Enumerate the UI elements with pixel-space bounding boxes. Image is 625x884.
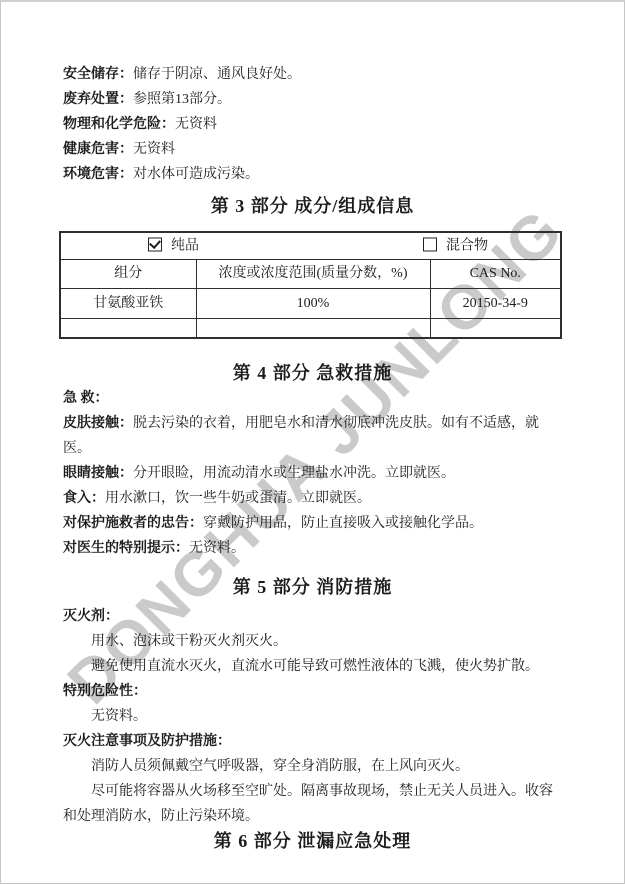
line-label: 环境危害： [63,167,133,182]
extinguishing-agent-heading: 灭火剂： [63,604,562,629]
health-hazard-line: 健康危害：无资料 [63,137,562,162]
container-removal-text: 尽可能将容器从火场移至空旷处。隔离事故现场，禁止无关人员进入。收容和处理消防水，… [63,779,562,829]
component-cell: 甘氨酸亚铁 [60,288,196,318]
storage-line: 安全储存：储存于阴凉、通风良好处。 [63,62,562,87]
doctor-note-line: 对医生的特别提示：无资料。 [63,536,562,561]
line-label: 对医生的特别提示： [63,541,189,556]
mixture-label: 混合物 [446,238,488,253]
line-label: 安全储存： [63,67,133,82]
extinguishing-agent-text: 用水、泡沫或干粉灭火剂灭火。 [63,629,562,654]
firefighter-equipment-text: 消防人员须佩戴空气呼吸器，穿全身消防服，在上风向灭火。 [63,754,562,779]
msds-document-page: DONGHUA JUNLONG 安全储存：储存于阴凉、通风良好处。 废弃处置：参… [0,0,625,884]
special-hazard-heading: 特别危险性： [63,679,562,704]
composition-table: 纯品 混合物 组分 浓度或浓度范围(质量分数，%) CAS No. 甘氨酸亚铁 … [59,231,562,339]
line-label: 皮肤接触： [63,416,133,431]
section5-title: 第 5 部分 消防措施 [63,575,562,600]
rescuer-advice-line: 对保护施救者的忠告：穿戴防护用品，防止直接吸入或接触化学品。 [63,511,562,536]
line-label: 健康危害： [63,142,133,157]
page-content: 安全储存：储存于阴凉、通风良好处。 废弃处置：参照第13部分。 物理和化学危险：… [1,2,624,854]
product-type-row: 纯品 混合物 [60,232,561,259]
section6-title: 第 6 部分 泄漏应急处理 [63,829,562,854]
disposal-line: 废弃处置：参照第13部分。 [63,87,562,112]
line-label: 食入： [63,491,105,506]
physchem-hazard-line: 物理和化学危险：无资料 [63,112,562,137]
line-text: 分开眼睑，用流动清水或生理盐水冲洗。立即就医。 [133,466,455,481]
concentration-cell [196,318,430,338]
straight-water-warning: 避免使用直流水灭火，直流水可能导致可燃性液体的飞溅，使火势扩散。 [63,654,562,679]
line-label: 眼睛接触： [63,466,133,481]
section3-title: 第 3 部分 成分/组成信息 [63,194,562,219]
line-text: 无资料 [175,117,217,132]
pure-label: 纯品 [171,238,199,253]
mixture-option: 混合物 [423,233,488,258]
ingestion-line: 食入：用水漱口，饮一些牛奶或蛋清。立即就医。 [63,486,562,511]
line-text: 脱去污染的衣着，用肥皂水和清水彻底冲洗皮肤。如有不适感，就医。 [63,416,539,456]
cas-cell: 20150-34-9 [430,288,561,318]
line-label: 废弃处置： [63,92,133,107]
pure-product-option: 纯品 [148,233,199,258]
section4-title: 第 4 部分 急救措施 [63,361,562,386]
env-hazard-line: 环境危害：对水体可造成污染。 [63,162,562,187]
line-label: 对保护施救者的忠告： [63,516,203,531]
pure-checkbox-icon [148,237,162,251]
col-header-concentration: 浓度或浓度范围(质量分数，%) [196,259,430,288]
line-text: 对水体可造成污染。 [133,167,259,182]
line-label: 急 救： [63,391,109,406]
line-text: 储存于阴凉、通风良好处。 [133,67,301,82]
first-aid-line: 急 救： [63,386,562,411]
col-header-cas: CAS No. [430,259,561,288]
eye-contact-line: 眼睛接触：分开眼睑，用流动清水或生理盐水冲洗。立即就医。 [63,461,562,486]
firefighting-precautions-heading: 灭火注意事项及防护措施： [63,729,562,754]
line-text: 无资料 [133,142,175,157]
line-text: 用水漱口，饮一些牛奶或蛋清。立即就医。 [105,491,371,506]
mixture-checkbox-icon [423,237,437,251]
col-header-component: 组分 [60,259,196,288]
special-hazard-text: 无资料。 [63,704,562,729]
concentration-cell: 100% [196,288,430,318]
line-text: 无资料。 [189,541,245,556]
skin-contact-line: 皮肤接触：脱去污染的衣着，用肥皂水和清水彻底冲洗皮肤。如有不适感，就医。 [63,411,562,461]
line-text: 穿戴防护用品，防止直接吸入或接触化学品。 [203,516,483,531]
table-row: 甘氨酸亚铁 100% 20150-34-9 [60,288,561,318]
line-label: 物理和化学危险： [63,117,175,132]
component-cell [60,318,196,338]
cas-cell [430,318,561,338]
table-row [60,318,561,338]
line-text: 参照第13部分。 [133,92,231,107]
